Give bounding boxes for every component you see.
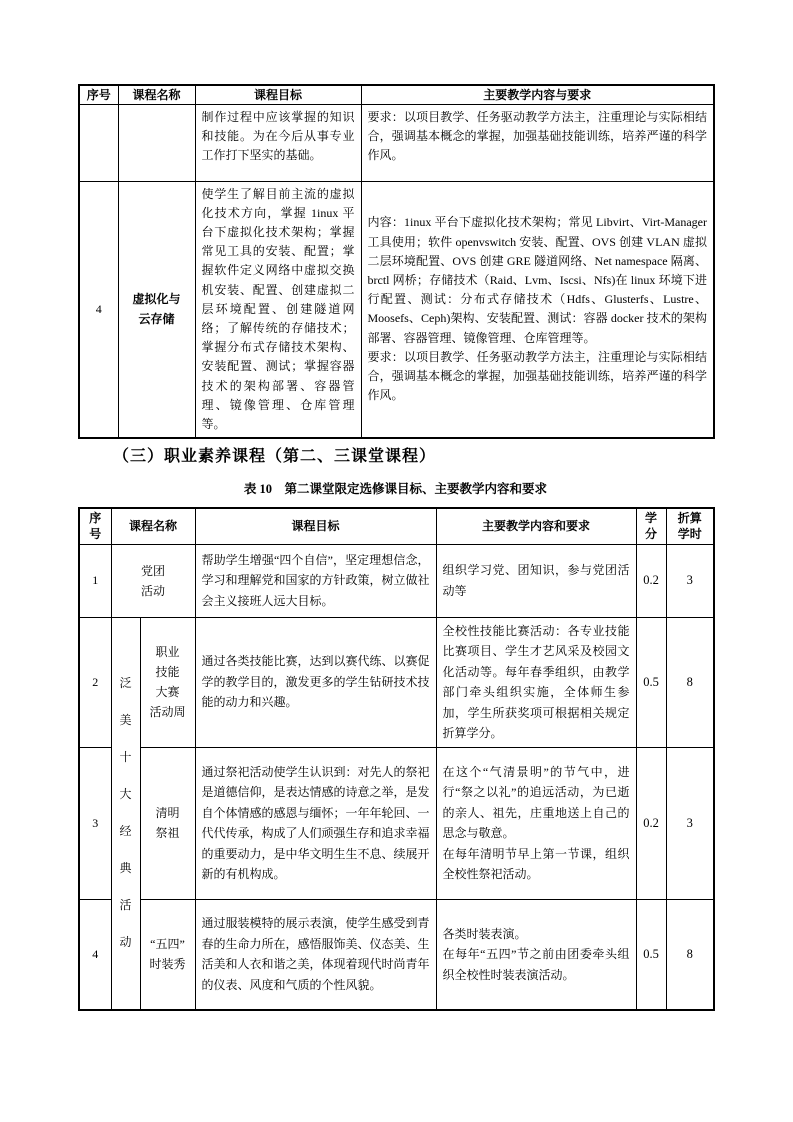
table2-row1-credit-cell: 0.2 <box>636 544 666 617</box>
table2-row-3: 3 清明 祭祖 通过祭祀活动使学生认识到：对先人的祭祀是道德信仰，是表达情感的诗… <box>79 747 714 899</box>
table2-header-objective: 课程目标 <box>195 508 436 544</box>
table2-row4-hours-cell: 8 <box>666 899 714 1010</box>
table1-partial-seq-cell <box>79 104 118 181</box>
table2-row1-objective-cell: 帮助学生增强“四个自信”，坚定理想信念，学习和理解党和国家的方针政策，树立做社会… <box>195 544 436 617</box>
table2-header-content: 主要教学内容和要求 <box>436 508 636 544</box>
table2-row3-credit-cell: 0.2 <box>636 747 666 899</box>
table1-header-content: 主要教学内容与要求 <box>361 85 714 104</box>
table2-header-credit: 学 分 <box>636 508 666 544</box>
table1-header-name: 课程名称 <box>118 85 195 104</box>
table1-row4-objective-cell: 使学生了解目前主流的虚拟化技术方向，掌握 1inux 平台下虚拟化技术架构；掌握… <box>195 181 361 438</box>
section-heading: （三）职业素养课程（第二、三课堂课程） <box>113 443 436 466</box>
table1-partial-name-cell <box>118 104 195 181</box>
table2-row2-seq-cell: 2 <box>79 617 111 747</box>
table2-row4-name-cell: “五四” 时装秀 <box>140 899 195 1010</box>
table2-row-2: 2 泛 美 十 大 经 典 活 动 职业 技能 大赛 活动周 通过各类技能比赛，… <box>79 617 714 747</box>
table2-row4-objective-cell: 通过服装模特的展示表演，使学生感受到青春的生命力所在，感悟服饰美、仪态美、生活美… <box>195 899 436 1010</box>
table2-row4-credit-cell: 0.5 <box>636 899 666 1010</box>
table2-row4-content-cell: 各类时装表演。 在每年“五四”节之前由团委牵头组织全校性时装表演活动。 <box>436 899 636 1010</box>
document-page: 序号 课程名称 课程目标 主要教学内容与要求 制作过程中应该掌握的知识和技能。为… <box>0 0 793 1122</box>
table2-row3-seq-cell: 3 <box>79 747 111 899</box>
table2-row2-hours-cell: 8 <box>666 617 714 747</box>
table2-row3-hours-cell: 3 <box>666 747 714 899</box>
table-caption: 表 10 第二课堂限定选修课目标、主要教学内容和要求 <box>78 479 713 497</box>
table2-row4-seq-cell: 4 <box>79 899 111 1010</box>
table1-header-seq: 序号 <box>79 85 118 104</box>
table2-row3-content-cell: 在这个“气清景明”的节气中，进行“祭之以礼”的追远活动，为已逝的亲人、祖先，庄重… <box>436 747 636 899</box>
table1-row4-name-cell: 虚拟化与 云存储 <box>118 181 195 438</box>
table2-row-1: 1 党团 活动 帮助学生增强“四个自信”，坚定理想信念，学习和理解党和国家的方针… <box>79 544 714 617</box>
table2-row1-name-cell: 党团 活动 <box>111 544 195 617</box>
table2-row2-credit-cell: 0.5 <box>636 617 666 747</box>
course-table-second-classroom: 序 号 课程名称 课程目标 主要教学内容和要求 学 分 折算 学时 1 党团 活… <box>78 507 715 1011</box>
table1-row4-content-cell: 内容：1inux 平台下虚拟化技术架构；常见 Libvirt、Virt-Mana… <box>361 181 714 438</box>
table1-partial-objective-cell: 制作过程中应该掌握的知识和技能。为在今后从事专业工作打下坚实的基础。 <box>195 104 361 181</box>
table2-row1-seq-cell: 1 <box>79 544 111 617</box>
table2-row2-content-cell: 全校性技能比赛活动：各专业技能比赛项目、学生才艺风采及校园文化活动等。每年春季组… <box>436 617 636 747</box>
table1-partial-content-cell: 要求：以项目教学、任务驱动教学方法主，注重理论与实际相结合，强调基本概念的掌握，… <box>361 104 714 181</box>
table2-row1-content-cell: 组织学习党、团知识，参与党团活动等 <box>436 544 636 617</box>
table2-header-seq: 序 号 <box>79 508 111 544</box>
table2-row1-hours-cell: 3 <box>666 544 714 617</box>
table2-row3-objective-cell: 通过祭祀活动使学生认识到：对先人的祭祀是道德信仰，是表达情感的诗意之举，是发自个… <box>195 747 436 899</box>
table2-header-row: 序 号 课程名称 课程目标 主要教学内容和要求 学 分 折算 学时 <box>79 508 714 544</box>
table1-header-objective: 课程目标 <box>195 85 361 104</box>
table2-header-hours: 折算 学时 <box>666 508 714 544</box>
table2-row3-name-cell: 清明 祭祖 <box>140 747 195 899</box>
table2-row2-name-cell: 职业 技能 大赛 活动周 <box>140 617 195 747</box>
table1-row-4: 4 虚拟化与 云存储 使学生了解目前主流的虚拟化技术方向，掌握 1inux 平台… <box>79 181 714 438</box>
table2-row2-objective-cell: 通过各类技能比赛，达到以赛代练、以赛促学的教学目的，激发更多的学生钻研技术技能的… <box>195 617 436 747</box>
table1-row-partial: 制作过程中应该掌握的知识和技能。为在今后从事专业工作打下坚实的基础。 要求：以项… <box>79 104 714 181</box>
table2-group-name-cell: 泛 美 十 大 经 典 活 动 <box>111 617 140 1010</box>
table1-row4-seq-cell: 4 <box>79 181 118 438</box>
table2-header-name: 课程名称 <box>111 508 195 544</box>
course-table-professional: 序号 课程名称 课程目标 主要教学内容与要求 制作过程中应该掌握的知识和技能。为… <box>78 84 715 439</box>
table2-row-4: 4 “五四” 时装秀 通过服装模特的展示表演，使学生感受到青春的生命力所在，感悟… <box>79 899 714 1010</box>
table1-header-row: 序号 课程名称 课程目标 主要教学内容与要求 <box>79 85 714 104</box>
